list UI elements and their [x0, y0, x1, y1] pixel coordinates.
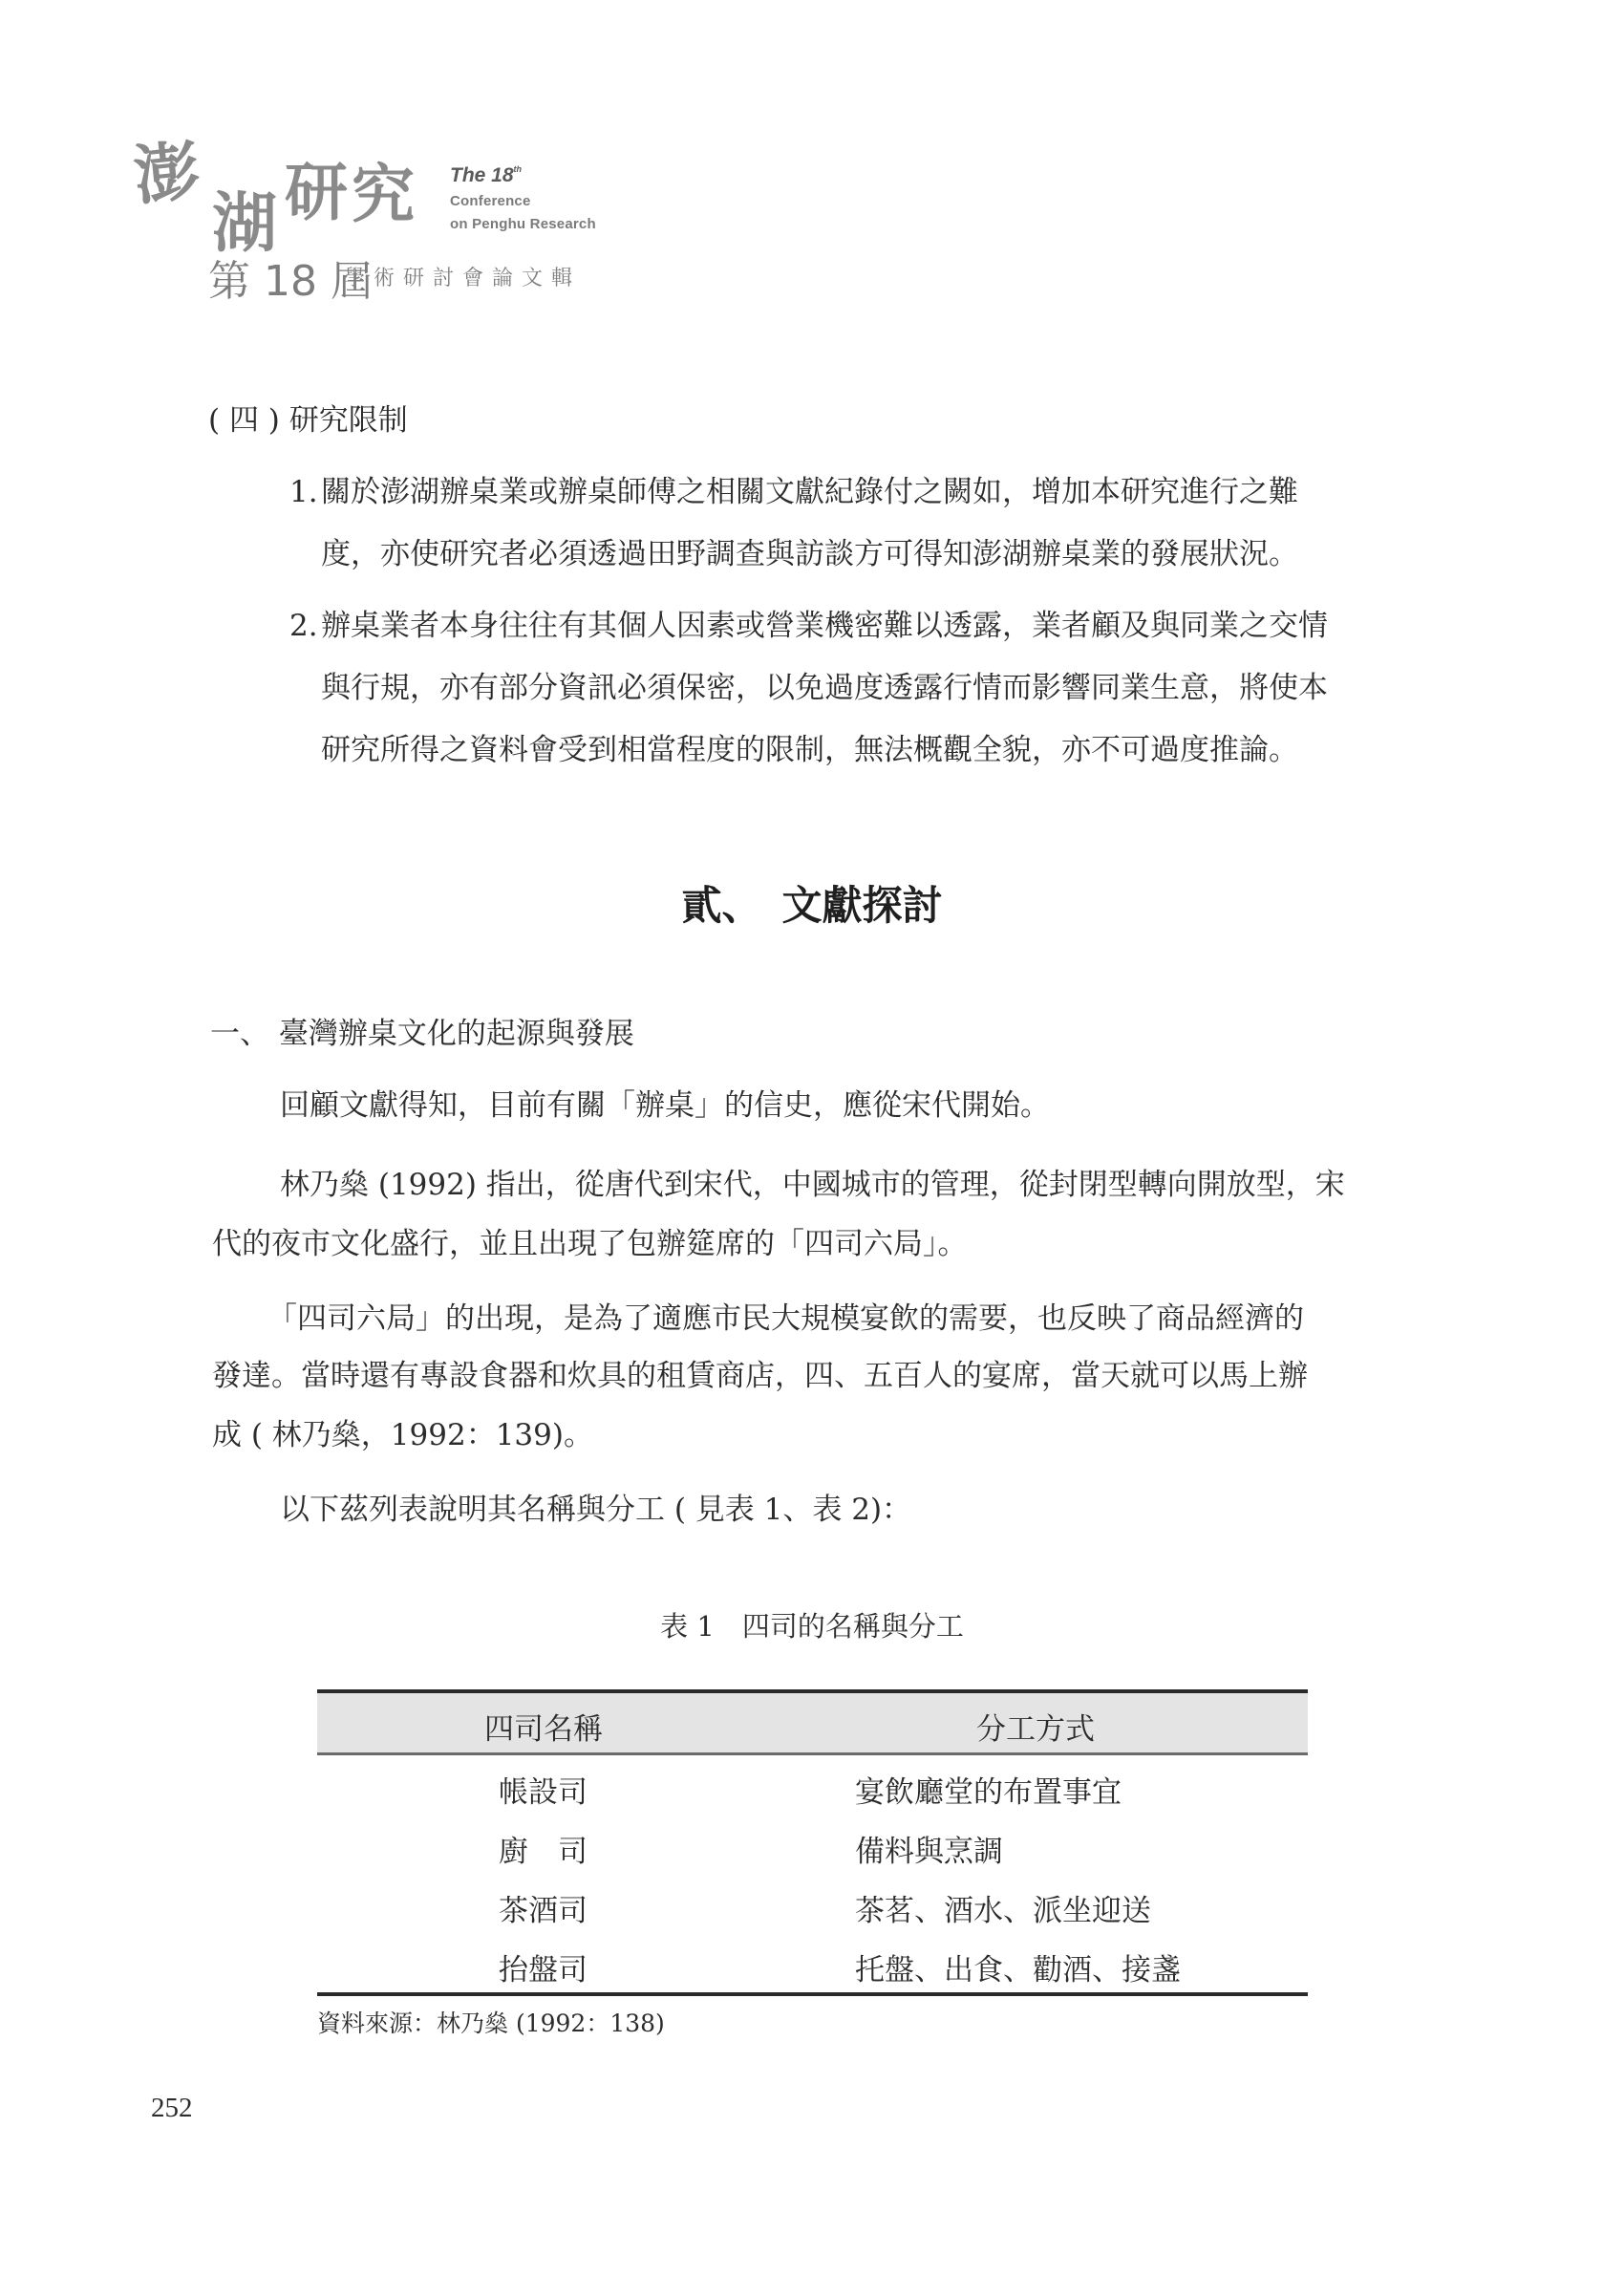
table-row: 茶酒司 茶茗、酒水、派坐迎送 — [317, 1874, 1308, 1933]
masthead-english-penghu: on Penghu Research — [450, 216, 596, 232]
table-header-row: 四司名稱 分工方式 — [317, 1689, 1308, 1755]
table-row: 帳設司 宴飲廳堂的布置事宜 — [317, 1755, 1308, 1815]
table-header-duty: 分工方式 — [976, 1705, 1095, 1748]
masthead-subtitle: 學術研討會論文輯 — [344, 262, 581, 291]
list-item-line: 與行規，亦有部分資訊必須保密，以免過度透露行情而影響同業生意，將使本 — [321, 671, 1328, 705]
table-source-note: 資料來源：林乃燊 (1992：138) — [317, 2005, 665, 2039]
list-item-line: 度，亦使研究者必須透過田野調查與訪談方可得知澎湖辦桌業的發展狀況。 — [321, 537, 1298, 571]
list-item-line: 關於澎湖辦桌業或辦桌師傅之相關文獻紀錄付之闕如，增加本研究進行之難 — [321, 475, 1298, 509]
subsection-heading: 一、 臺灣辦桌文化的起源與發展 — [210, 1017, 634, 1051]
masthead-english-the18: The 18 — [450, 164, 514, 186]
list-number: 2. — [289, 609, 318, 643]
chapter-heading: 貳、 文獻探討 — [0, 874, 1624, 932]
paragraph-line: 以下茲列表說明其名稱與分工 ( 見表 1、表 2)： — [280, 1493, 911, 1527]
table-cell-name: 抬盤司 — [499, 1945, 588, 1988]
table-bottom-rule — [317, 1992, 1308, 1996]
table-cell-duty: 托盤、出食、勸酒、接盞 — [855, 1945, 1181, 1988]
table-cell-duty: 備料與烹調 — [855, 1827, 1003, 1870]
section-heading-limits: ( 四 ) 研究限制 — [208, 403, 408, 438]
paragraph-line: 成 ( 林乃燊，1992：139)。 — [212, 1418, 593, 1452]
paragraph-line: 回顧文獻得知，目前有關「辦桌」的信史，應從宋代開始。 — [280, 1088, 1050, 1123]
paragraph-line: 發達。當時還有專設食器和炊具的租賃商店，四、五百人的宴席，當天就可以馬上辦 — [212, 1359, 1308, 1393]
table-caption: 表 1 四司的名稱與分工 — [0, 1605, 1624, 1644]
masthead-english-title: The 18th — [450, 164, 522, 187]
table-cell-name: 茶酒司 — [499, 1886, 588, 1929]
table-row: 抬盤司 托盤、出食、勸酒、接盞 — [317, 1933, 1308, 1992]
table-cell-duty: 宴飲廳堂的布置事宜 — [855, 1768, 1122, 1811]
table-cell-name: 廚 司 — [499, 1827, 588, 1870]
table-header-name: 四司名稱 — [484, 1705, 603, 1748]
list-item-line: 辦桌業者本身往往有其個人因素或營業機密難以透露，業者顧及與同業之交情 — [321, 609, 1328, 643]
page-number: 252 — [151, 2093, 193, 2124]
paragraph-line: 「四司六局」的出現，是為了適應市民大規模宴飲的需要，也反映了商品經濟的 — [267, 1301, 1304, 1336]
masthead-char-yan: 研 — [285, 141, 348, 232]
table-cell-duty: 茶茗、酒水、派坐迎送 — [855, 1886, 1151, 1929]
paragraph-line: 林乃燊 (1992) 指出，從唐代到宋代，中國城市的管理，從封閉型轉向開放型，宋 — [280, 1168, 1345, 1202]
paragraph-line: 代的夜市文化盛行，並且出現了包辦筵席的「四司六局」。 — [212, 1227, 968, 1261]
table-four-departments: 四司名稱 分工方式 帳設司 宴飲廳堂的布置事宜 廚 司 備料與烹調 茶酒司 茶茗… — [317, 1689, 1308, 1996]
masthead-english-sup: th — [514, 164, 523, 174]
table-row: 廚 司 備料與烹調 — [317, 1815, 1308, 1874]
list-number: 1. — [289, 475, 318, 509]
masthead-english-conference: Conference — [450, 193, 531, 209]
masthead-char-jiu: 究 — [352, 143, 415, 234]
table-cell-name: 帳設司 — [499, 1768, 588, 1811]
list-item-line: 研究所得之資料會受到相當程度的限制，無法概觀全貌，亦不可過度推論。 — [321, 733, 1298, 767]
masthead-char-peng: 澎 — [129, 119, 203, 219]
